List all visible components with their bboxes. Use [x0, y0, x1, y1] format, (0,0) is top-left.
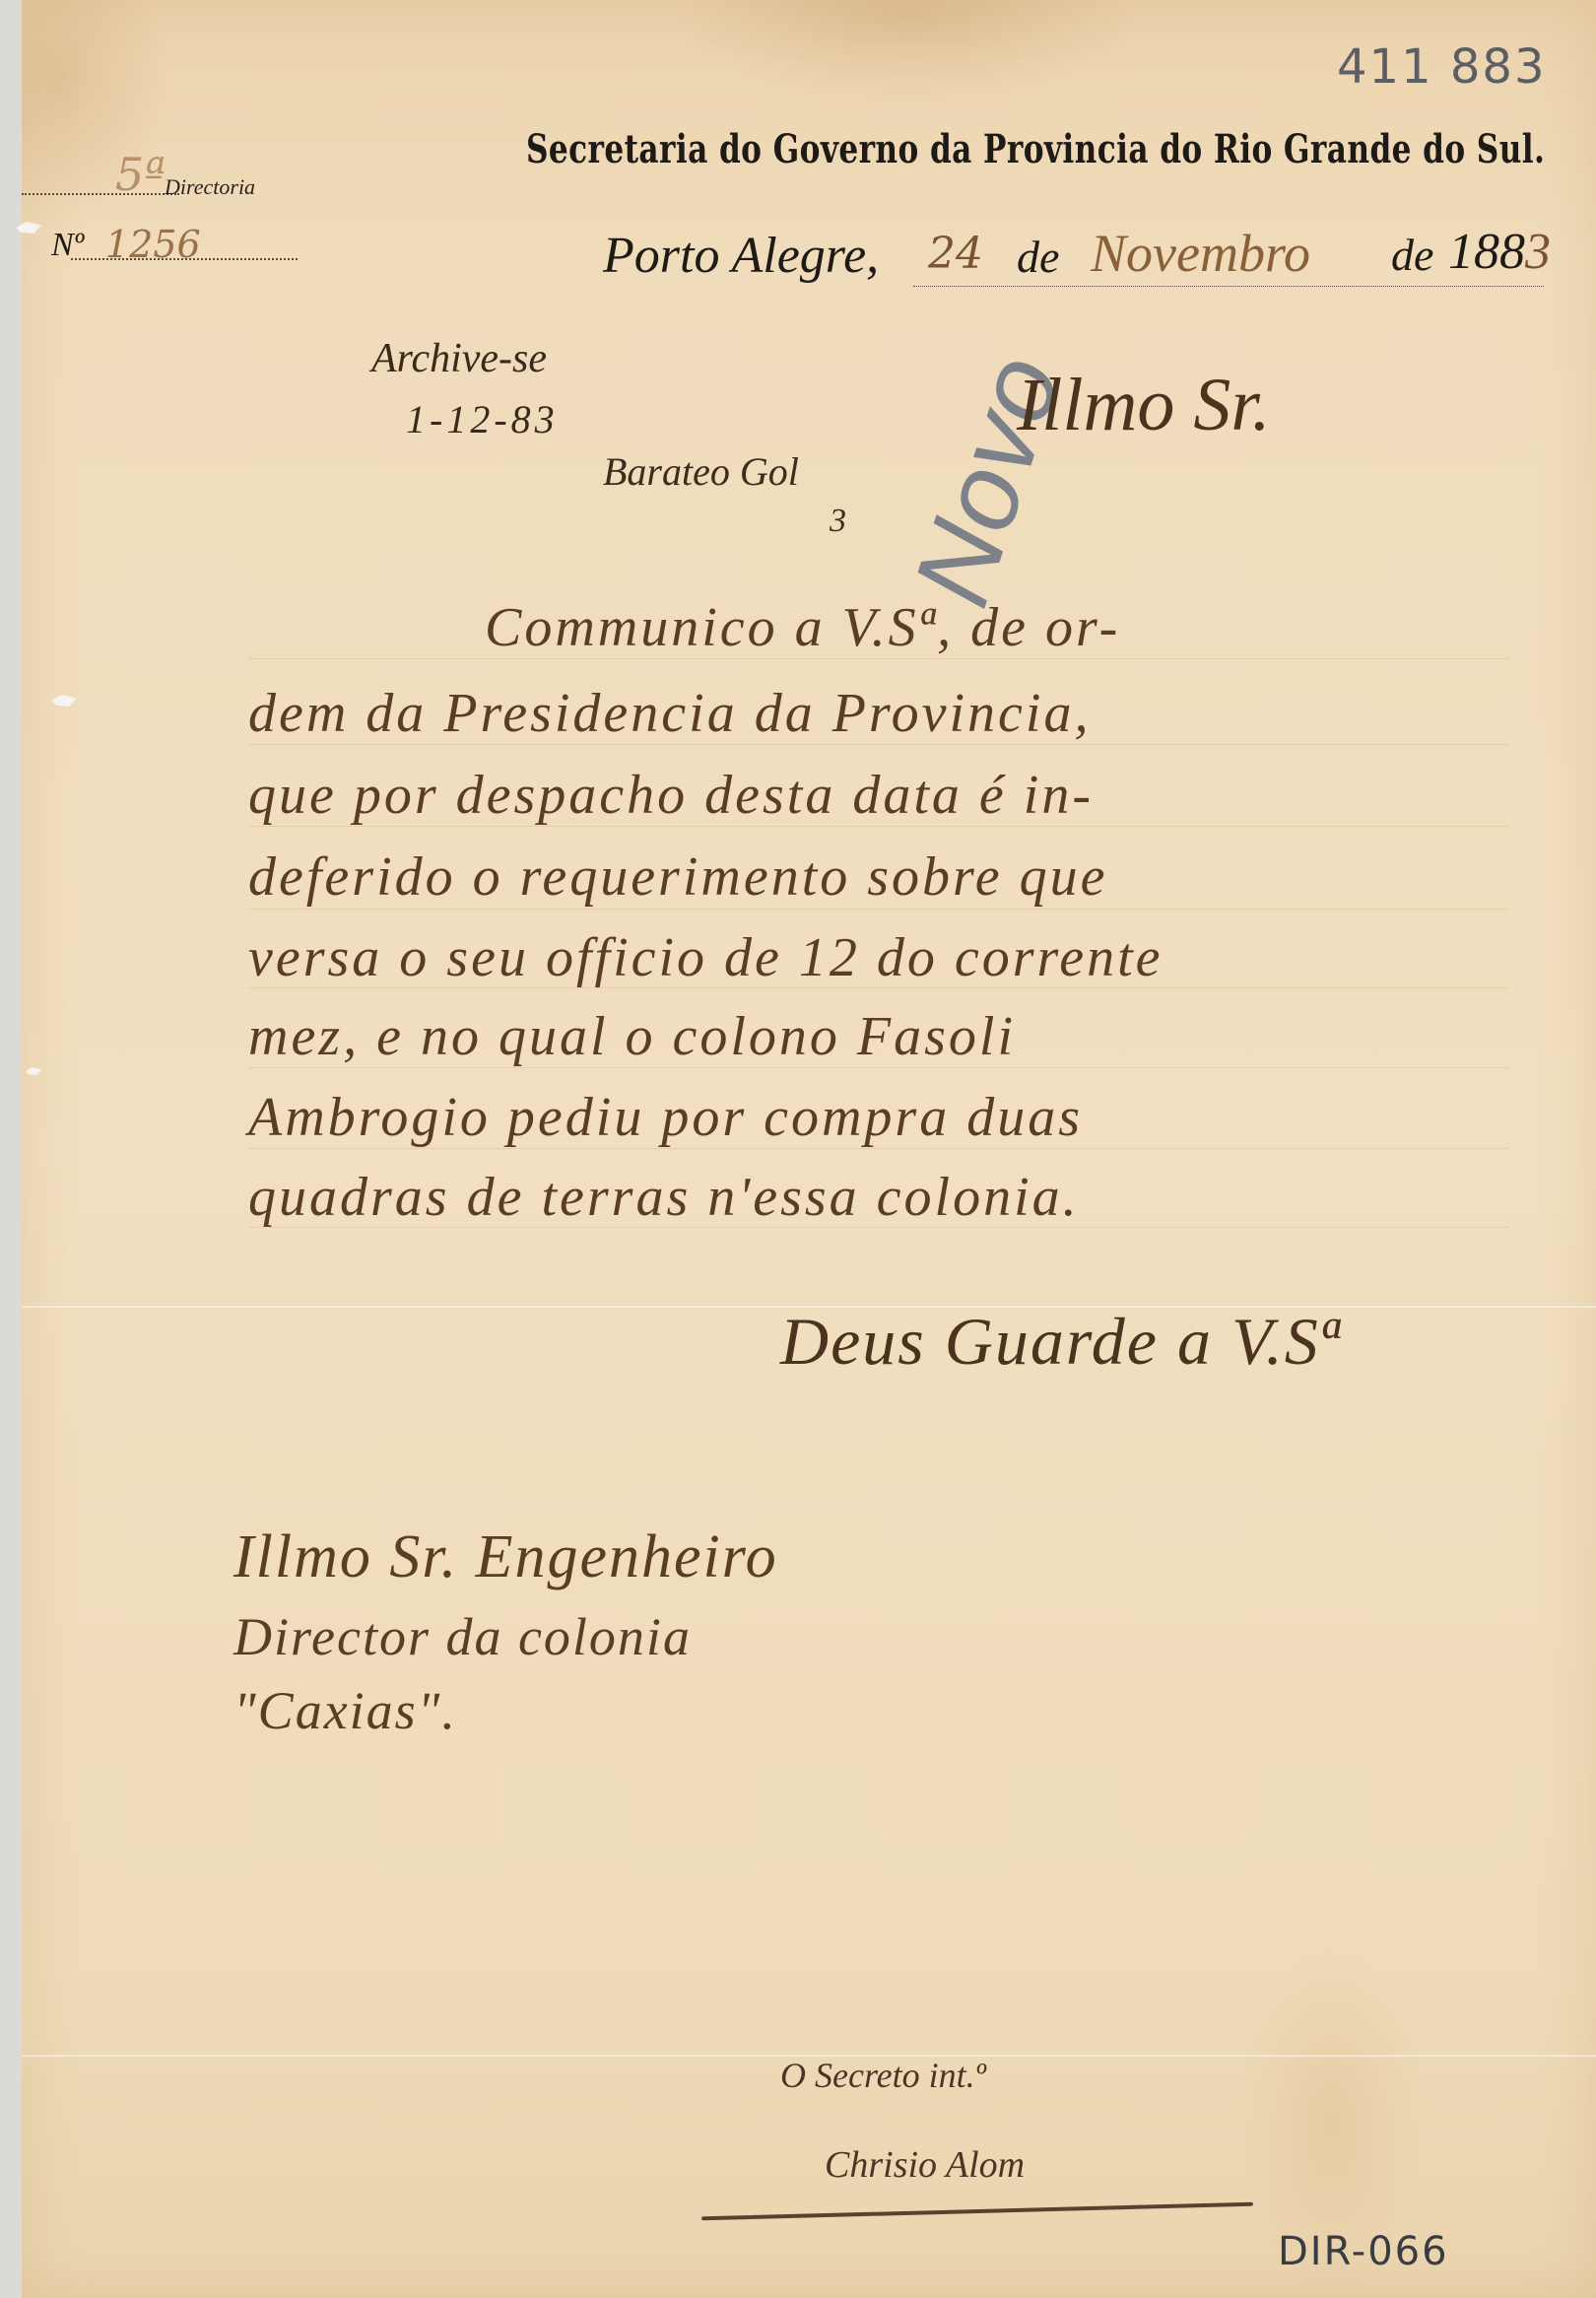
date-day: 24	[928, 229, 983, 279]
date-de: de	[1391, 229, 1433, 281]
dotted-rule	[22, 193, 179, 195]
dotted-rule	[71, 258, 298, 260]
initials-subscript: 3	[830, 503, 846, 540]
dotted-rule	[913, 286, 1544, 287]
salutation: Illmo Sr.	[1017, 363, 1271, 448]
signature-title: O Secreto int.º	[780, 2055, 986, 2096]
date-year-prefix: 188	[1448, 224, 1525, 280]
archive-note: Archive-se	[371, 335, 547, 382]
body-line: Communico a V.Sª, de or-	[485, 596, 1120, 659]
body-line: dem da Presidencia da Provincia,	[248, 682, 1091, 745]
date-year-last-digit: 3	[1525, 224, 1551, 280]
addressee-line: Illmo Sr. Engenheiro	[233, 1522, 778, 1592]
body-line: mez, e no qual o colono Fasoli	[248, 1005, 1016, 1068]
body-line: que por despacho desta data é in-	[248, 764, 1094, 827]
ruled-line	[248, 909, 1509, 910]
date-month: Novembro	[1091, 223, 1310, 284]
body-line: deferido o requerimento sobre que	[248, 845, 1107, 909]
letter-page: 5ª Directoria Nº 1256 411 883 Secretaria…	[22, 0, 1596, 2298]
reference-code: DIR-066	[1278, 2229, 1449, 2274]
body-line: Ambrogio pediu por compra duas	[248, 1086, 1083, 1149]
directoria-label: Directoria	[165, 174, 255, 200]
paper-tear	[16, 222, 41, 234]
date-year: 1883	[1448, 223, 1551, 281]
initials-note: Barateo Gol	[603, 448, 799, 495]
date-de: de	[1017, 231, 1059, 283]
place-label: Porto Alegre,	[603, 227, 879, 285]
body-line: quadras de terras n'essa colonia.	[248, 1166, 1080, 1229]
archive-number: 411 883	[1337, 39, 1547, 95]
archive-date: 1-12-83	[406, 396, 559, 442]
closing-formula: Deus Guarde a V.Sª	[780, 1303, 1341, 1381]
signature-underline	[701, 2202, 1253, 2221]
addressee-line: Director da colonia	[233, 1606, 692, 1667]
body-line: versa o seu officio de 12 do corrente	[248, 926, 1164, 989]
letterhead-title: Secretaria do Governo da Provincia do Ri…	[526, 126, 1545, 172]
paper-tear	[51, 695, 77, 707]
signature-name: Chrisio Alom	[825, 2143, 1025, 2187]
paper-tear	[26, 1067, 41, 1075]
addressee-line: "Caxias".	[233, 1680, 457, 1741]
